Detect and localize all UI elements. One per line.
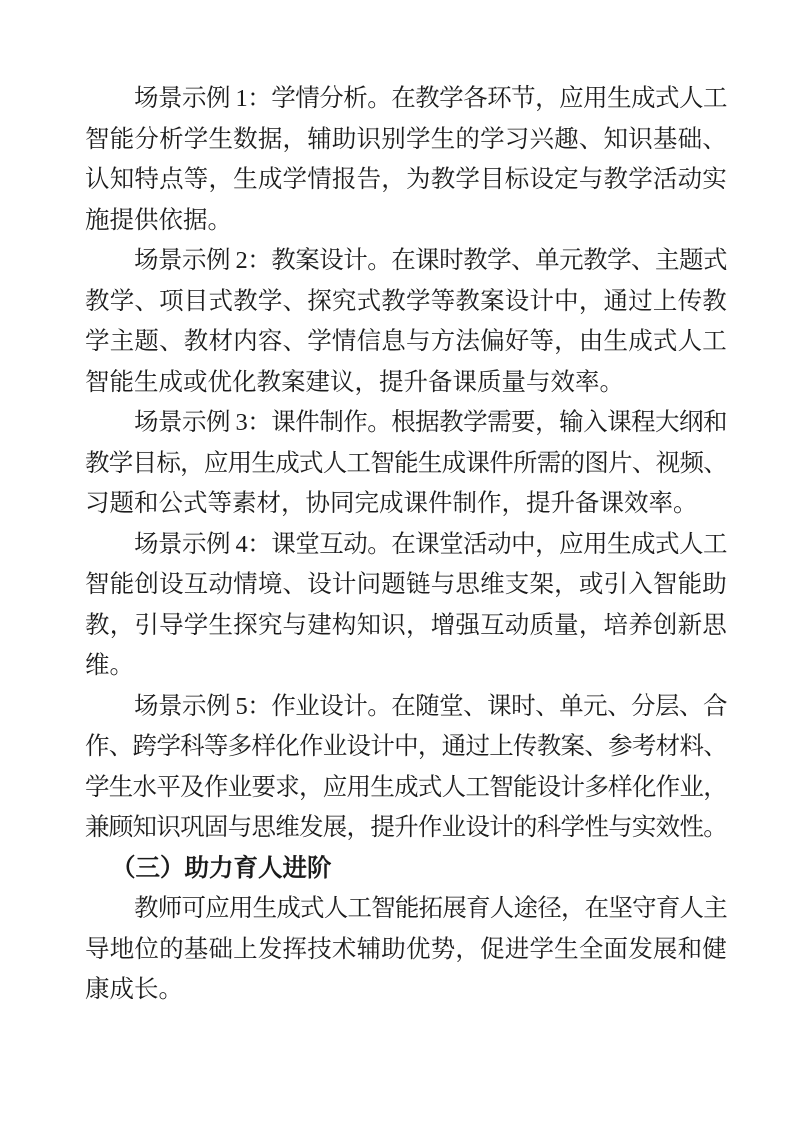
body-paragraph: 场景示例 1：学情分析。在教学各环节，应用生成式人工智能分析学生数据，辅助识别学… xyxy=(85,79,727,241)
text-line: 智能创设互动情境、设计问题链与思维支架，或引入智能助 xyxy=(85,565,727,606)
section-heading: （三）助力育人进阶 xyxy=(85,849,727,890)
text-line: 教师可应用生成式人工智能拓展育人途径，在坚守育人主 xyxy=(85,889,727,930)
text-run: 维。 xyxy=(85,646,134,687)
heading-line: （三）助力育人进阶 xyxy=(85,849,727,890)
body-paragraph: 教师可应用生成式人工智能拓展育人途径，在坚守育人主导地位的基础上发挥技术辅助优势… xyxy=(85,889,727,1011)
text-run: 兼顾知识巩固与思维发展，提升作业设计的科学性与实效性。 xyxy=(85,808,727,849)
text-line: 维。 xyxy=(85,646,727,687)
text-line: 智能生成或优化教案建议，提升备课质量与效率。 xyxy=(85,363,727,404)
text-run: 教，引导学生探究与建构知识，增强互动质量，培养创新思 xyxy=(85,606,727,647)
text-run: 学生水平及作业要求，应用生成式人工智能设计多样化作业， xyxy=(85,768,727,809)
text-line: 场景示例 4：课堂互动。在课堂活动中，应用生成式人工 xyxy=(85,525,727,566)
text-line: 康成长。 xyxy=(85,970,727,1011)
text-line: 认知特点等，生成学情报告，为教学目标设定与教学活动实 xyxy=(85,160,727,201)
text-run: 场景示例 4：课堂互动。在课堂活动中，应用生成式人工 xyxy=(134,525,727,566)
text-run: 智能分析学生数据，辅助识别学生的学习兴趣、知识基础、 xyxy=(85,120,727,161)
text-run: 导地位的基础上发挥技术辅助优势，促进学生全面发展和健 xyxy=(85,930,727,971)
text-run: 场景示例 2：教案设计。在课时教学、单元教学、主题式 xyxy=(134,241,727,282)
text-run: 认知特点等，生成学情报告，为教学目标设定与教学活动实 xyxy=(85,160,727,201)
text-run: 作、跨学科等多样化作业设计中，通过上传教案、参考材料、 xyxy=(85,727,727,768)
text-line: 导地位的基础上发挥技术辅助优势，促进学生全面发展和健 xyxy=(85,930,727,971)
text-line: 场景示例 2：教案设计。在课时教学、单元教学、主题式 xyxy=(85,241,727,282)
text-run: 智能创设互动情境、设计问题链与思维支架，或引入智能助 xyxy=(85,565,727,606)
text-run: （三）助力育人进阶 xyxy=(111,849,332,890)
body-paragraph: 场景示例 3：课件制作。根据教学需要，输入课程大纲和教学目标，应用生成式人工智能… xyxy=(85,403,727,525)
text-line: 施提供依据。 xyxy=(85,201,727,242)
text-line: 教学、项目式教学、探究式教学等教案设计中，通过上传教 xyxy=(85,282,727,323)
text-run: 教学目标，应用生成式人工智能生成课件所需的图片、视频、 xyxy=(85,444,727,485)
text-run: 场景示例 3：课件制作。根据教学需要，输入课程大纲和 xyxy=(134,403,727,444)
body-paragraph: 场景示例 5：作业设计。在随堂、课时、单元、分层、合作、跨学科等多样化作业设计中… xyxy=(85,687,727,849)
text-line: 场景示例 3：课件制作。根据教学需要，输入课程大纲和 xyxy=(85,403,727,444)
document-page: 场景示例 1：学情分析。在教学各环节，应用生成式人工智能分析学生数据，辅助识别学… xyxy=(0,0,810,1129)
text-run: 习题和公式等素材，协同完成课件制作，提升备课效率。 xyxy=(85,484,698,525)
text-line: 习题和公式等素材，协同完成课件制作，提升备课效率。 xyxy=(85,484,727,525)
text-line: 智能分析学生数据，辅助识别学生的学习兴趣、知识基础、 xyxy=(85,120,727,161)
text-run: 教学、项目式教学、探究式教学等教案设计中，通过上传教 xyxy=(85,282,727,323)
text-line: 教，引导学生探究与建构知识，增强互动质量，培养创新思 xyxy=(85,606,727,647)
text-line: 教学目标，应用生成式人工智能生成课件所需的图片、视频、 xyxy=(85,444,727,485)
text-run: 场景示例 5：作业设计。在随堂、课时、单元、分层、合 xyxy=(134,687,727,728)
text-line: 作、跨学科等多样化作业设计中，通过上传教案、参考材料、 xyxy=(85,727,727,768)
text-line: 场景示例 5：作业设计。在随堂、课时、单元、分层、合 xyxy=(85,687,727,728)
text-run: 教师可应用生成式人工智能拓展育人途径，在坚守育人主 xyxy=(134,889,727,930)
text-line: 学生水平及作业要求，应用生成式人工智能设计多样化作业， xyxy=(85,768,727,809)
text-run: 学主题、教材内容、学情信息与方法偏好等，由生成式人工 xyxy=(85,322,727,363)
body-paragraph: 场景示例 4：课堂互动。在课堂活动中，应用生成式人工智能创设互动情境、设计问题链… xyxy=(85,525,727,687)
text-run: 场景示例 1：学情分析。在教学各环节，应用生成式人工 xyxy=(134,79,727,120)
text-run: 施提供依据。 xyxy=(85,201,232,242)
body-paragraph: 场景示例 2：教案设计。在课时教学、单元教学、主题式教学、项目式教学、探究式教学… xyxy=(85,241,727,403)
text-line: 兼顾知识巩固与思维发展，提升作业设计的科学性与实效性。 xyxy=(85,808,727,849)
text-line: 场景示例 1：学情分析。在教学各环节，应用生成式人工 xyxy=(85,79,727,120)
text-run: 康成长。 xyxy=(85,970,183,1011)
text-block: 场景示例 1：学情分析。在教学各环节，应用生成式人工智能分析学生数据，辅助识别学… xyxy=(85,79,727,1011)
text-line: 学主题、教材内容、学情信息与方法偏好等，由生成式人工 xyxy=(85,322,727,363)
text-run: 智能生成或优化教案建议，提升备课质量与效率。 xyxy=(85,363,624,404)
